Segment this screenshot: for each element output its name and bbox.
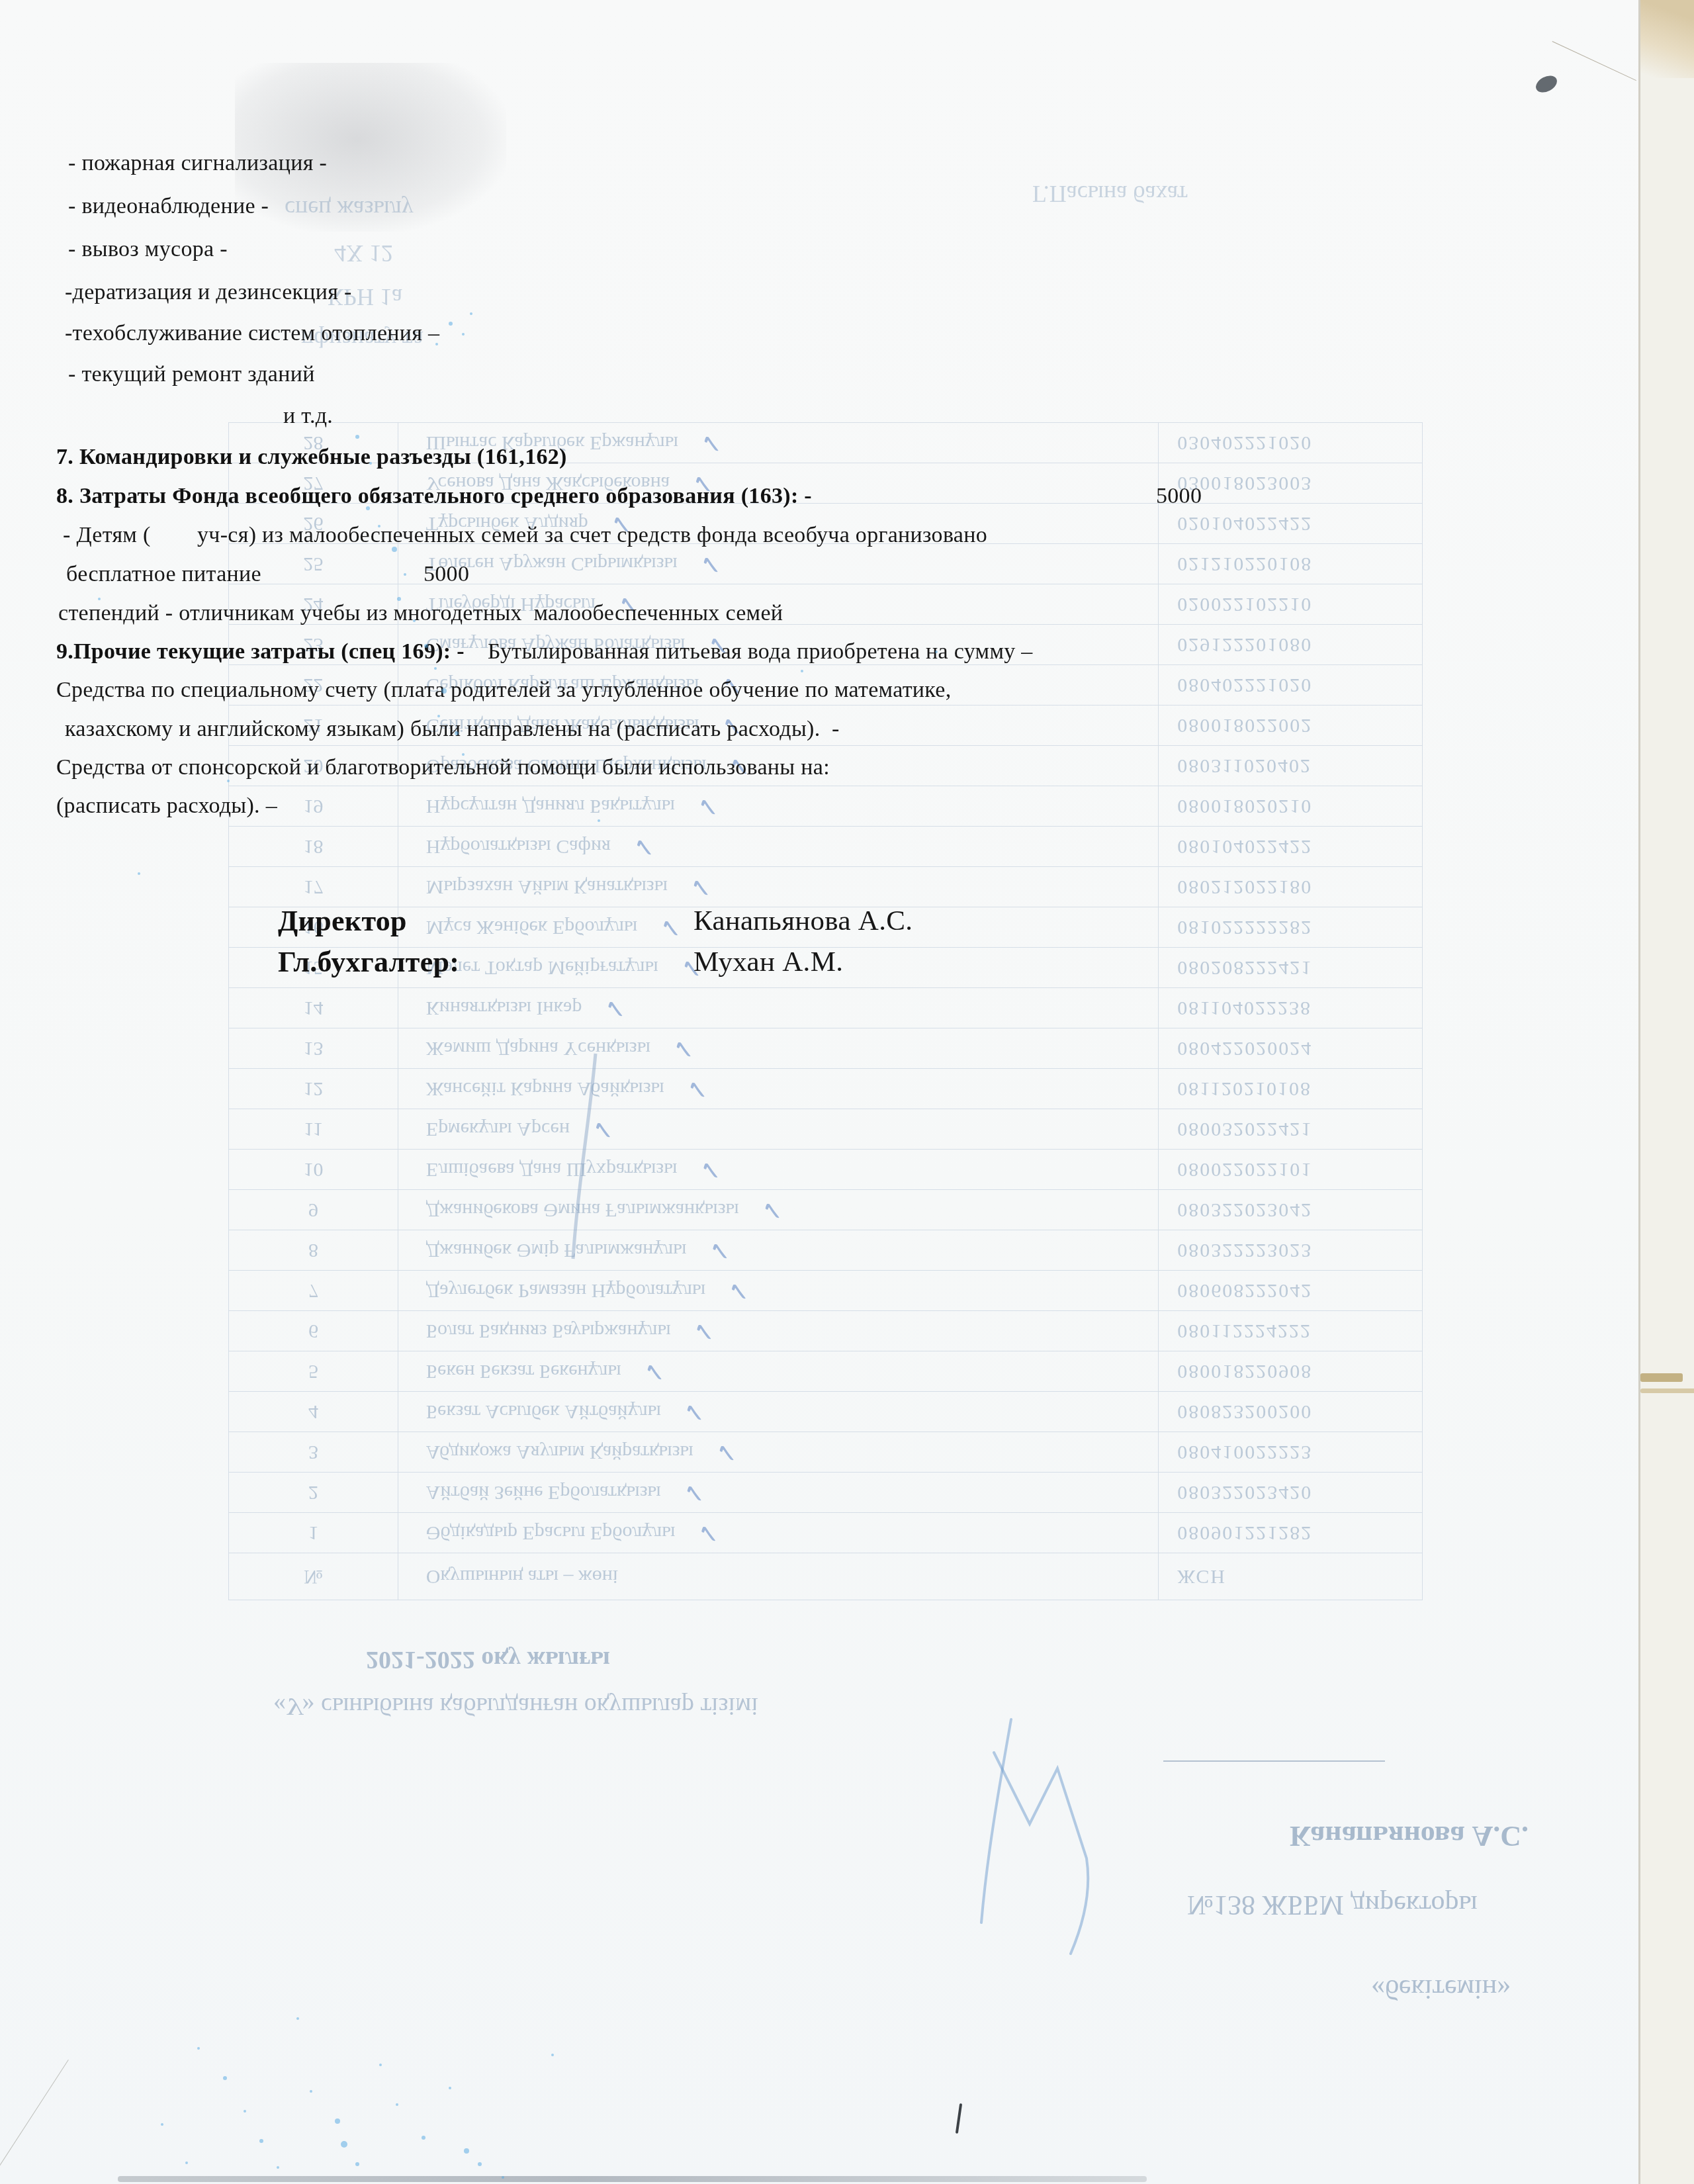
bleed-text: Нұрсұлтан Даниял Бақытұлы	[426, 795, 675, 817]
bleed-text: Мәлет Тоқтар Мейірғатұлы	[426, 956, 658, 979]
bleed-text: Дәулетбек Рамазан Нұрболатұлы	[426, 1279, 705, 1302]
bleed-text: Абдиқожа Аяулым Қайратқызы	[426, 1441, 693, 1463]
bleed-text: 5	[308, 1360, 318, 1383]
bleed-row: 25Төлеген Аружан Сырымқызы✓021210220108	[228, 544, 1423, 584]
checkmark-bleed: ✓	[693, 1316, 716, 1347]
checkmark-bleed: ✓	[762, 1195, 784, 1226]
bleed-text: 10	[303, 1158, 323, 1181]
bleed-text: 080032022421	[1177, 1118, 1312, 1140]
checkmark-bleed: ✓	[697, 1518, 720, 1549]
bleed-text: 020022102210	[1177, 593, 1312, 615]
director-label: Директор	[278, 905, 407, 937]
bleed-text: Оқушының аты – жөні	[426, 1565, 618, 1588]
checkmark-bleed: ✓	[684, 1477, 706, 1508]
checkmark-bleed: ✓	[687, 1073, 709, 1105]
bleed-text: 021210220108	[1177, 553, 1312, 575]
bleed-text: 080901221282	[1177, 1522, 1312, 1544]
text-line: - пожарная сигнализация -	[68, 151, 327, 175]
bleed-text: 080018020210	[1177, 795, 1312, 817]
bleed-text: ЖСН	[1177, 1565, 1226, 1588]
bleedthrough-signature-line	[1163, 1760, 1385, 1762]
bleed-text: 19	[303, 795, 323, 817]
bleed-text: Джанибекова Әмина Ғалымжанқызы	[426, 1199, 739, 1221]
bleed-text: 18	[303, 835, 323, 858]
bleed-text: Канапьянова А.С.	[1290, 1819, 1529, 1853]
bleed-row: 3Абдиқожа Аяулым Қайратқызы✓080410022223	[228, 1432, 1423, 1473]
text-line: (расписать расходы). –	[56, 794, 277, 818]
checkmark-bleed: ✓	[644, 1356, 666, 1387]
checkmark-bleed: ✓	[660, 912, 682, 943]
bleed-text: 080608222042	[1177, 1279, 1312, 1302]
bleed-text: 030402221020	[1177, 432, 1312, 454]
bleed-row: 1Әбдіқадыр Ерасыл Ерболұлы✓080901221282	[228, 1513, 1423, 1553]
bleed-text: 4Х 12	[334, 240, 393, 267]
director-name: Канапьянова А.С.	[693, 905, 913, 936]
checkmark-bleed: ✓	[699, 1154, 722, 1185]
signature-bleed	[981, 1719, 1088, 1954]
bleed-text: 080208222421	[1177, 956, 1312, 979]
checkmark-bleed: ✓	[716, 1437, 738, 1468]
bleed-text: Болат Бақнияз Бауыржанұлы	[426, 1320, 671, 1342]
bleed-text: Джанибек Әмір Ғалымжанұлы	[426, 1239, 687, 1261]
bleed-text: 029122201080	[1177, 633, 1312, 656]
bleed-text: Бекен Бекзат Бекенұлы	[426, 1360, 621, 1383]
paper-crease-top-right	[1552, 41, 1636, 81]
bleed-text: 081104022238	[1177, 997, 1312, 1019]
page-edge-line	[1638, 0, 1640, 2184]
bleed-text: 4	[308, 1400, 318, 1423]
bleed-row: 10Елшібаева Дана Шухратқызы✓080022022101	[228, 1150, 1423, 1190]
bleed-row: 8Джанибек Әмір Ғалымжанұлы✓080322223023	[228, 1230, 1423, 1271]
checkmark-bleed: ✓	[684, 1396, 706, 1428]
bleed-row: 13Жәмиш Дарина Үсенқызы✓080422020024	[228, 1028, 1423, 1069]
bleed-row: 9Джанибекова Әмина Ғалымжанқызы✓08032202…	[228, 1190, 1423, 1230]
bleed-text: 020104022422	[1177, 512, 1312, 535]
underlying-page-corner	[1640, 0, 1694, 78]
bleed-text: «бекітемін»	[1371, 1973, 1511, 2005]
scanner-background-strip	[1640, 0, 1694, 2184]
bleedthrough-fragment: спец жазылу	[285, 195, 414, 223]
bleed-text: 17	[303, 876, 323, 898]
bleed-row: 11Ермекұлы Арсен✓080032022421	[228, 1109, 1423, 1150]
bleed-text: Айтбай Зейне Ерболатқызы	[426, 1481, 661, 1504]
bleed-text: 080422020024	[1177, 1037, 1312, 1060]
accountant-name: Мухан А.М.	[693, 946, 843, 978]
bleed-text: 081120210108	[1177, 1077, 1312, 1100]
text-line: степендий - отличникам учебы из многодет…	[58, 601, 783, 625]
bleed-text: 080112224222	[1177, 1320, 1312, 1342]
bleed-text: Мырзахан Айым Қанатқызы	[426, 876, 668, 898]
bleed-text: Бекзат Асылбек Айтбайұлы	[426, 1400, 661, 1423]
bleedthrough-fragment: 4Х 12	[334, 240, 393, 267]
bleed-row: 5Бекен Бекзат Бекенұлы✓080018220908	[228, 1351, 1423, 1392]
bleed-text: «У» сыныбына қабылданған оқушылар тізімі	[273, 1692, 758, 1721]
bleed-text: 12	[303, 1077, 323, 1100]
checkmark-bleed: ✓	[592, 1114, 615, 1145]
checkmark-bleed: ✓	[633, 831, 656, 862]
checkmark-bleed: ✓	[700, 549, 723, 580]
bleed-text: 7	[308, 1279, 318, 1302]
bleed-row: 14Кинаятқызы Інкәр✓081104022238	[228, 988, 1423, 1028]
text-line: Средства от спонсорской и благотворитель…	[56, 755, 830, 780]
checkmark-bleed: ✓	[697, 791, 720, 822]
bleed-text: Нұрболатқызы Сафия	[426, 835, 611, 858]
checkmark-bleed: ✓	[701, 428, 723, 459]
bleed-row: 17Мырзахан Айым Қанатқызы✓080212022180	[228, 867, 1423, 907]
bleed-text: №138 ЖББМ директоры	[1187, 1889, 1478, 1921]
bleed-text: 080018220908	[1177, 1360, 1312, 1383]
text-line: - видеонаблюдение -	[68, 194, 269, 218]
ink-blob-top-right	[1533, 72, 1560, 95]
text-line: - вывоз мусора -	[68, 237, 228, 261]
bleedthrough-table: №Оқушының аты – жөніЖСН1Әбдіқадыр Ерасыл…	[228, 422, 1423, 1600]
text-line: - текущий ремонт зданий	[68, 362, 315, 387]
bleed-text: 14	[303, 997, 323, 1019]
bleed-text: Жәмиш Дарина Үсенқызы	[426, 1037, 650, 1060]
bleed-text: 2	[308, 1481, 318, 1504]
bleed-text: 9	[308, 1199, 318, 1221]
checkmark-bleed: ✓	[673, 1033, 695, 1064]
bleed-text: 080410022223	[1177, 1441, 1312, 1463]
text-line: 7. Командировки и служебные разъезды (16…	[56, 445, 567, 469]
paper-crease-bottom-left	[0, 2060, 69, 2184]
bleed-text: 080104022422	[1177, 835, 1312, 858]
bleed-row: 12Жансейіт Карина Абайқызы✓081120210108	[228, 1069, 1423, 1109]
bleed-text: Жансейіт Карина Абайқызы	[426, 1077, 664, 1100]
checkmark-bleed: ✓	[728, 1275, 750, 1306]
bleed-text: 25	[303, 553, 323, 575]
bleed-text: 080823200200	[1177, 1400, 1312, 1423]
text-line: 8. Затраты Фонда всеобщего обязательного…	[56, 484, 812, 508]
text-line: 5000	[423, 562, 469, 586]
text-line: и т.д.	[283, 404, 333, 428]
text-line: -техобслуживание систем отопления –	[65, 321, 439, 345]
bleed-text: 080322223023	[1177, 1239, 1312, 1261]
bleed-text: Ермекұлы Арсен	[426, 1118, 570, 1140]
text-line: Средства по специальному счету (плата ро…	[56, 678, 952, 702]
bleed-text: Елшібаева Дана Шухратқызы	[426, 1158, 678, 1181]
bleed-text: 13	[303, 1037, 323, 1060]
bleed-header-row: №Оқушының аты – жөніЖСН	[228, 1553, 1423, 1600]
bleed-text: 080322023420	[1177, 1481, 1312, 1504]
bleedthrough-title-line: «У» сыныбына қабылданған оқушылар тізімі	[248, 1662, 758, 1750]
bleed-text: Әбдіқадыр Ерасыл Ерболұлы	[426, 1522, 675, 1544]
accountant-label: Гл.бухгалтер:	[278, 946, 459, 978]
bleed-text: 3	[308, 1441, 318, 1463]
bleed-text: Кинаятқызы Інкәр	[426, 997, 582, 1019]
bleed-text: 080018022002	[1177, 714, 1312, 737]
bleed-row: 7Дәулетбек Рамазан Нұрболатұлы✓080608222…	[228, 1271, 1423, 1311]
bleedthrough-director-title: №138 ЖББМ директоры	[1159, 1857, 1478, 1952]
ink-mark-bottom	[956, 2103, 962, 2134]
bleed-text: 1	[308, 1522, 318, 1544]
bleed-text: спец жазылу	[285, 195, 414, 223]
bleed-row: 18Нұрболатқызы Сафия✓080104022422	[228, 827, 1423, 867]
text-line: 5000	[1156, 484, 1202, 508]
bleed-text: 080022022101	[1177, 1158, 1312, 1181]
checkmark-bleed: ✓	[690, 872, 713, 903]
text-line: - Детям ( уч-ся) из малообеспеченных сем…	[63, 523, 987, 547]
bleed-text: 080311020402	[1177, 754, 1312, 777]
bleed-text: 081022222282	[1177, 916, 1312, 938]
bleed-text: №	[304, 1565, 323, 1588]
bleed-text: Г.Пасына бахат	[1032, 180, 1188, 208]
text-line: бесплатное питание	[66, 562, 261, 586]
bleedthrough-fragment: Г.Пасына бахат	[1032, 180, 1188, 208]
bleed-text: 11	[304, 1118, 323, 1140]
checkmark-bleed: ✓	[604, 993, 627, 1024]
text-line: -дератизация и дезинсекция -	[65, 280, 352, 304]
tape-mark-right-edge	[1640, 1373, 1683, 1382]
bleed-row: 6Болат Бақнияз Бауыржанұлы✓080112224222	[228, 1311, 1423, 1351]
bleedthrough-approve-stamp: «бекітемін»	[1343, 1941, 1511, 2036]
bleed-text: 080322023042	[1177, 1199, 1312, 1221]
text-line: казахскому и английскому языкам) были на…	[65, 717, 840, 741]
bleed-row: 4Бекзат Асылбек Айтбайұлы✓080823200200	[228, 1392, 1423, 1432]
text-line: 9.Прочие текущие затраты (спец 169): -	[56, 639, 465, 664]
tape-mark-right-edge	[1640, 1388, 1694, 1393]
bleed-text: Мұса Жәнібек Ерболұлы	[426, 916, 637, 938]
bleed-text: 080402221020	[1177, 674, 1312, 696]
bleed-text: 6	[308, 1320, 318, 1342]
bleed-text: 080212022180	[1177, 876, 1312, 898]
bleed-text: 8	[308, 1239, 318, 1261]
bleed-row: 19Нұрсұлтан Даниял Бақытұлы✓080018020210	[228, 786, 1423, 827]
scan-shadow-bottom	[118, 2176, 1147, 2182]
text-line: Бутылированная питьевая вода приобретена…	[488, 639, 1033, 664]
bleed-row: 2Айтбай Зейне Ерболатқызы✓080322023420	[228, 1473, 1423, 1513]
checkmark-bleed: ✓	[709, 1235, 731, 1266]
scanned-document-page: №Оқушының аты – жөніЖСН1Әбдіқадыр Ерасыл…	[0, 0, 1694, 2184]
